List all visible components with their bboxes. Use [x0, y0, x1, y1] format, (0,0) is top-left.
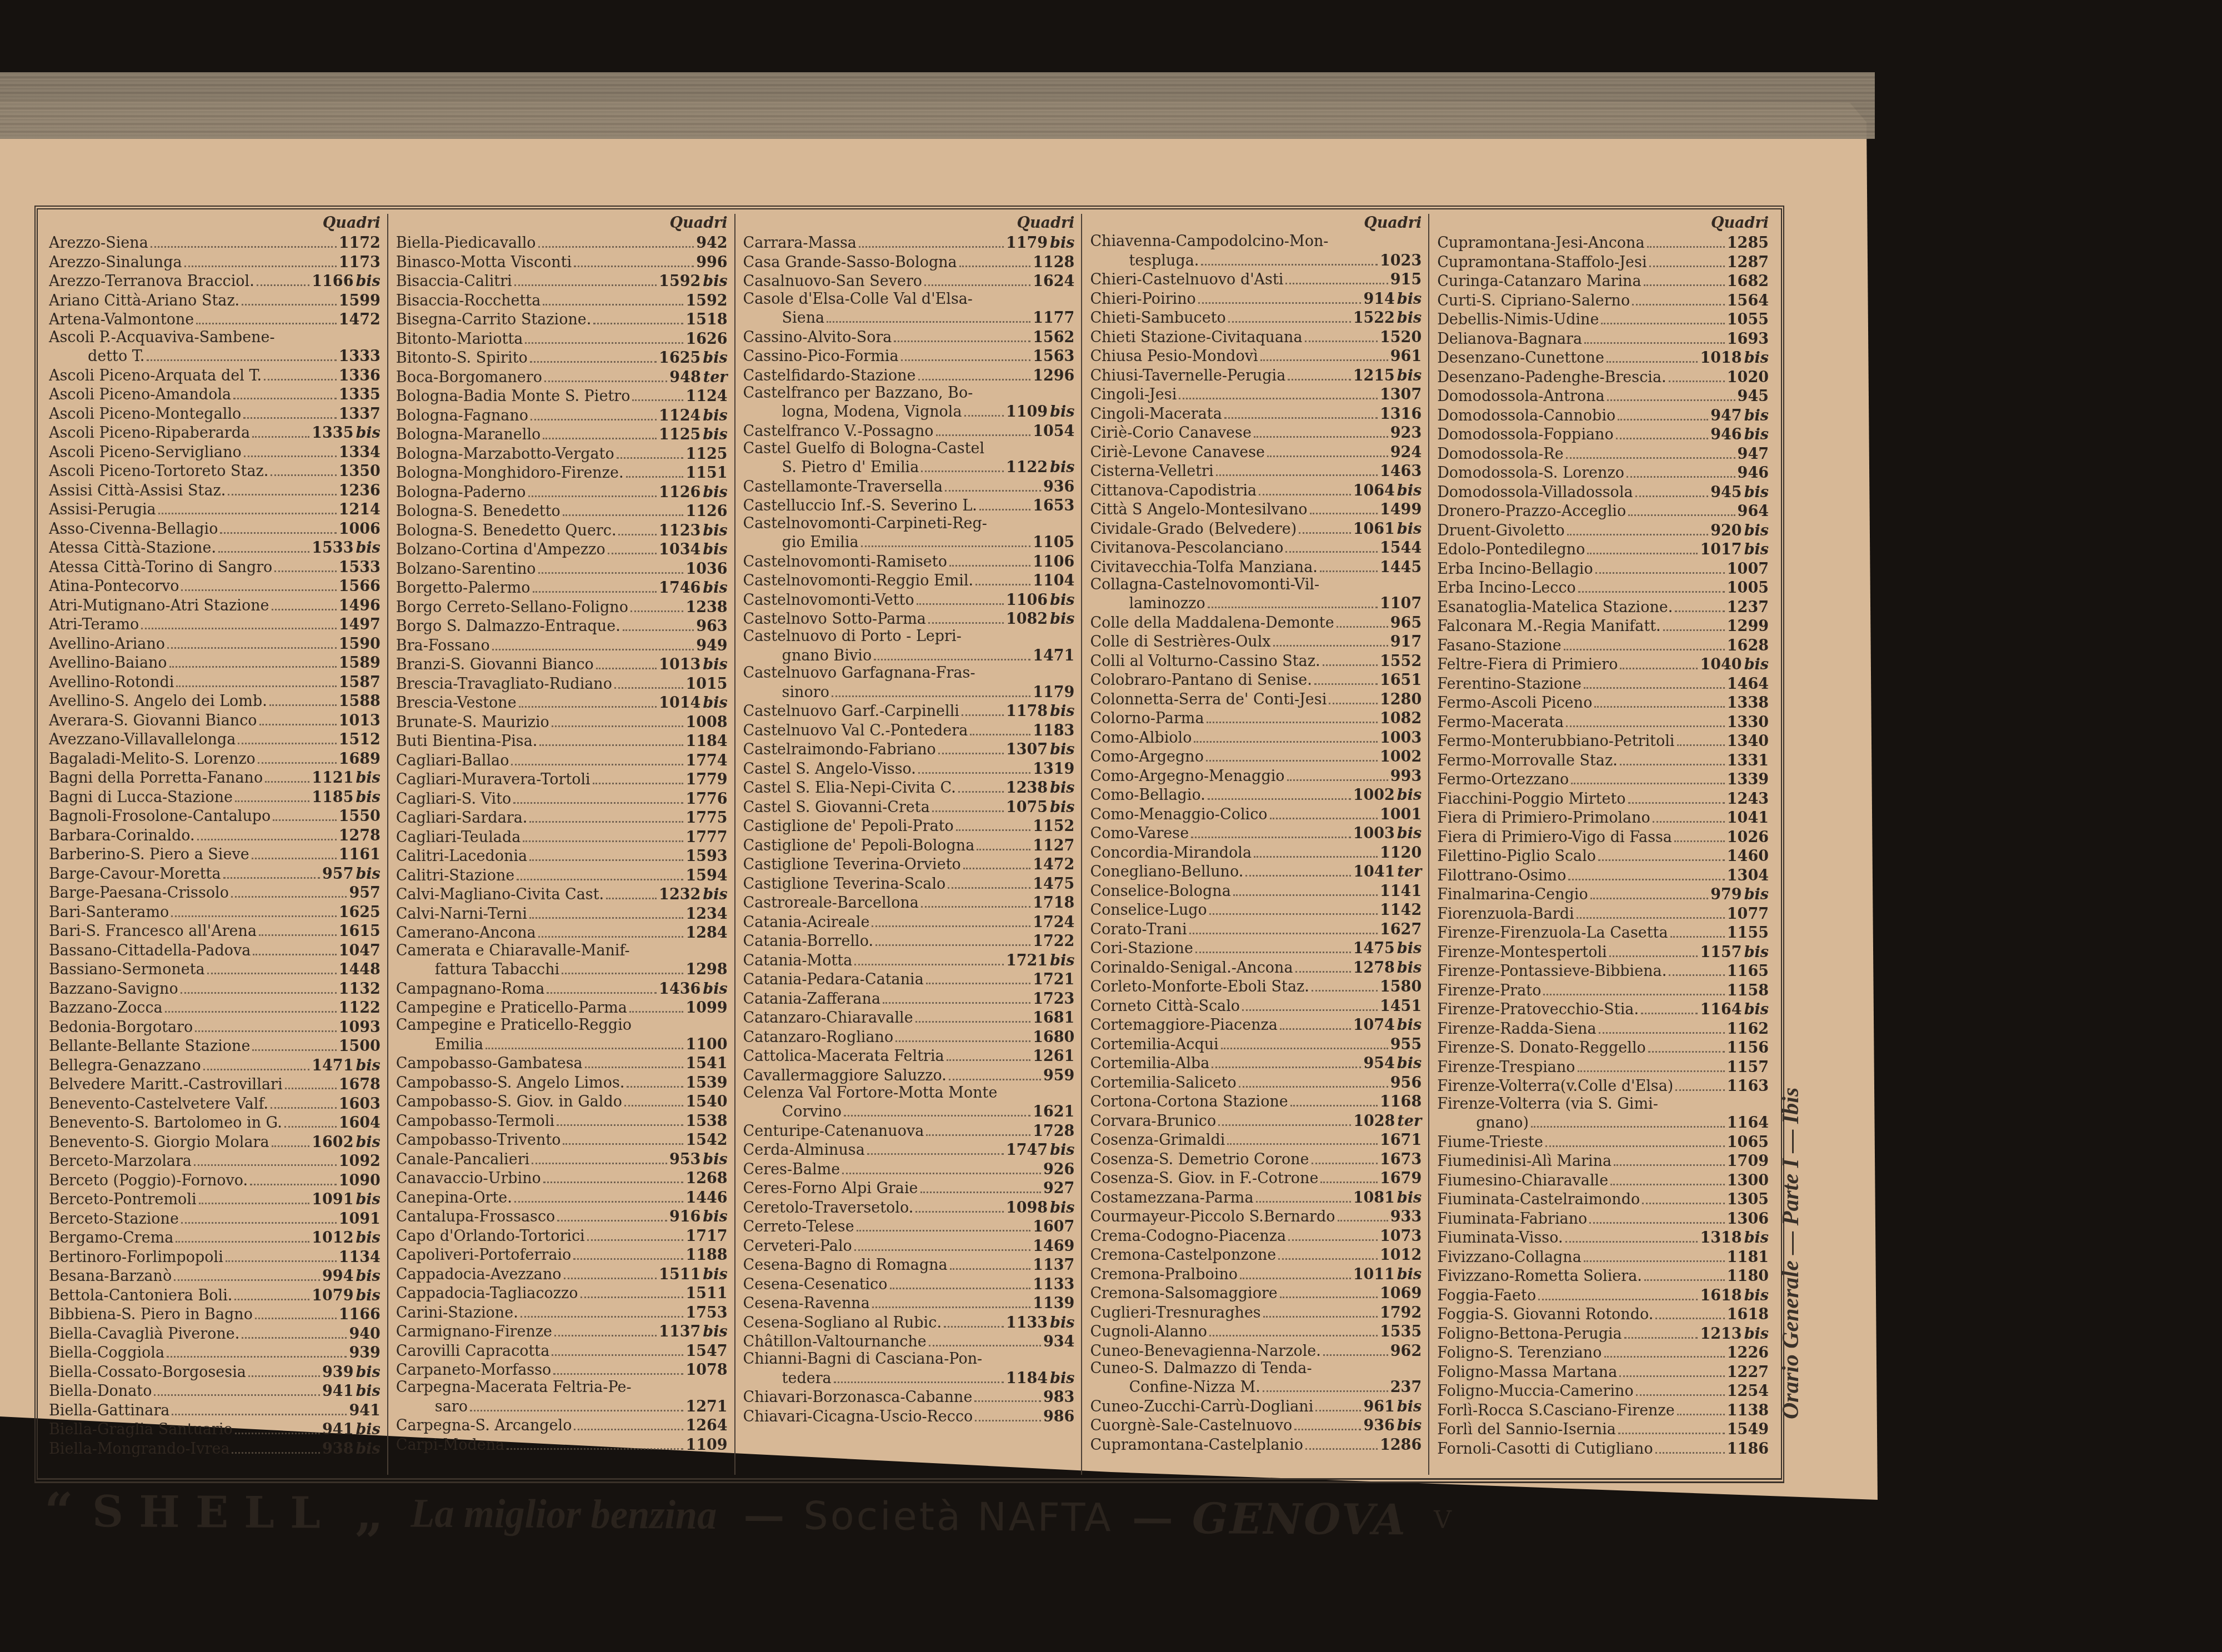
index-entry: Colobraro-Pantano di Senise.1651 [1090, 670, 1422, 689]
table-number-suffix: bis [1744, 484, 1769, 501]
index-entry: Castelnuovo Val C.-Pontedera1183 [743, 720, 1075, 739]
route-name: Concordia-Mirandola [1090, 844, 1252, 862]
table-number-suffix: bis [1050, 1370, 1074, 1387]
table-number: 1132 [339, 980, 381, 998]
leader-dots [924, 271, 1030, 286]
leader-dots [563, 501, 684, 516]
leader-dots [167, 633, 337, 648]
leader-dots [242, 291, 336, 306]
route-name: Bellante-Bellante Stazione [49, 1038, 250, 1055]
route-name: Ascoli Piceno-Arquata del T. [49, 367, 262, 384]
index-entry: Carmignano-Firenze1137bis [396, 1321, 728, 1341]
route-name: Civitanova-Pescolanciano [1090, 539, 1283, 557]
index-entry: Biella-Graglia Santuario941bis [49, 1419, 381, 1439]
route-name: Colobraro-Pantano di Senise. [1090, 672, 1312, 689]
route-name: Cagliari-Muravera-Tortoli [396, 771, 590, 788]
leader-dots [529, 846, 683, 861]
leader-dots [1599, 1019, 1725, 1034]
index-entry: Druent-Givoletto920bis [1437, 520, 1769, 540]
table-number: 1318 [1700, 1229, 1741, 1246]
table-number: 1166 [339, 1306, 381, 1323]
leader-dots [1648, 1038, 1725, 1053]
ad-open-quote: “ [44, 1481, 73, 1540]
table-number: 1592 [659, 273, 700, 290]
table-number-suffix: bis [356, 424, 380, 442]
route-name: Castelnuovo Garfagnana-Fras- [743, 664, 1075, 682]
table-number: 1041 [1727, 809, 1769, 827]
index-entry: Fivizzano-Collagna1181 [1437, 1246, 1769, 1266]
page-number: V [1434, 1505, 1452, 1534]
index-entry: Firenze-Pratovecchio-Stia.1164bis [1437, 999, 1769, 1019]
table-number: 983 [1043, 1389, 1074, 1406]
index-entry: Bra-Fossano949 [396, 635, 728, 655]
leader-dots [1338, 1207, 1388, 1222]
route-name: Bologna-Badia Monte S. Pietro [396, 388, 630, 405]
table-number: 1007 [1727, 560, 1769, 578]
leader-dots [915, 1197, 1004, 1212]
table-number-suffix: bis [1397, 482, 1422, 499]
leader-dots [1278, 1245, 1378, 1260]
index-entry: Chiavenna-Campodolcino-Mon-tespluga.1023 [1090, 233, 1422, 269]
route-name: Colle della Maddalena-Demonte [1090, 614, 1334, 632]
leader-dots [573, 1245, 683, 1260]
index-entry: Capoliveri-Portoferraio1188 [396, 1245, 728, 1264]
table-number: 1152 [1033, 818, 1074, 835]
table-number-suffix: bis [356, 789, 380, 806]
table-number: 1471 [1033, 647, 1074, 664]
table-number: 1091 [312, 1191, 353, 1208]
route-name: Chieri-Castelnuovo d'Asti [1090, 271, 1283, 288]
index-entry: Cupramontana-Castelplanio1286 [1090, 1435, 1422, 1454]
leader-dots [1323, 650, 1378, 665]
table-number: 1138 [1727, 1402, 1769, 1419]
index-entry: Camerata e Chiaravalle-Manif-fattura Tab… [396, 942, 728, 979]
index-entry: Cupramontana-Staffolo-Jesi1287 [1437, 252, 1769, 272]
table-number: 1307 [1380, 386, 1422, 403]
route-name-continuation: Confine-Nizza M. [1129, 1379, 1260, 1396]
index-entry: Campegine e Praticello-Parma1099 [396, 998, 728, 1017]
table-number: 1746 [659, 579, 700, 597]
table-number: 1334 [339, 444, 381, 461]
leader-dots [1609, 942, 1698, 957]
route-name: Castelnuovo di Porto - Lepri- [743, 628, 1075, 645]
table-number: 1003 [1353, 825, 1395, 842]
leader-dots [958, 778, 1004, 793]
index-entry: Bazzano-Zocca1122 [49, 998, 381, 1017]
leader-dots [1670, 923, 1725, 938]
table-number: 1463 [1380, 463, 1422, 480]
table-number-suffix: bis [356, 273, 380, 290]
route-name: Bagaladi-Melito-S. Lorenzo [49, 750, 256, 768]
route-name: Conegliano-Belluno. [1090, 863, 1243, 880]
index-entry: Catania-Pedara-Catania1721 [743, 969, 1075, 989]
table-number: 1023 [1380, 252, 1422, 269]
table-number: 1549 [1727, 1421, 1769, 1438]
route-name: Castel S. Angelo-Visso. [743, 760, 916, 778]
table-number: 1511 [685, 1285, 727, 1302]
leader-dots [1677, 1400, 1725, 1415]
table-number: 1061 [1353, 520, 1395, 538]
table-number: 1307 [1006, 741, 1048, 758]
table-number: 1005 [1727, 579, 1769, 597]
route-name: Avellino-S. Angelo dei Lomb. [49, 693, 267, 710]
table-number: 1123 [659, 522, 700, 539]
index-entry: Celenza Val Fortore-Motta MonteCorvino16… [743, 1084, 1075, 1121]
table-number: 1162 [1727, 1020, 1769, 1038]
route-name: Erba Incino-Lecco [1437, 579, 1576, 597]
index-entry: Bologna-Monghidoro-Firenze.1151 [396, 463, 728, 482]
table-number: 1747 [1006, 1142, 1048, 1159]
leader-dots [630, 597, 684, 612]
table-number: 1236 [339, 482, 381, 499]
table-number: 1166 [312, 273, 353, 290]
route-name: Fivizzano-Rometta Soliera. [1437, 1268, 1642, 1285]
leader-dots [1644, 1266, 1725, 1281]
table-number: 1471 [312, 1057, 353, 1074]
leader-dots [844, 1102, 1030, 1117]
index-entry: Fiumedinisi-Alì Marina1709 [1437, 1151, 1769, 1170]
table-number-suffix: bis [703, 886, 727, 903]
route-name-continuation: gnano Bivio [782, 647, 872, 664]
route-name: Corato-Trani [1090, 921, 1187, 938]
leader-dots [1240, 1264, 1351, 1279]
index-entry: Biella-Donato941bis [49, 1381, 381, 1400]
route-name: Castelfranco per Bazzano, Bo- [743, 384, 1075, 402]
index-entry: Bisaccia-Calitri1592bis [396, 271, 728, 291]
index-entry: Esanatoglia-Matelica Stazione.1237 [1437, 597, 1769, 617]
leader-dots [915, 1008, 1031, 1023]
table-number: 1026 [1727, 829, 1769, 846]
index-entry: Castelnovomonti-Carpineti-Reg-gio Emilia… [743, 515, 1075, 552]
table-number: 1615 [339, 923, 381, 940]
index-entry: Cori-Stazione1475bis [1090, 938, 1422, 958]
table-number: 1098 [1006, 1199, 1048, 1217]
leader-dots [486, 1034, 683, 1049]
route-name: Esanatoglia-Matelica Stazione. [1437, 599, 1673, 616]
table-number-suffix: bis [703, 522, 727, 539]
route-name: Cortemilia-Acqui [1090, 1036, 1218, 1053]
table-number: 1184 [685, 733, 727, 750]
index-entry: Firenze-Pontassieve-Bibbiena.1165 [1437, 961, 1769, 980]
index-entry: Cesena-Sogliano al Rubic.1133bis [743, 1312, 1075, 1331]
route-name: Cagliari-Sardara. [396, 809, 528, 827]
leader-dots [242, 1323, 347, 1338]
leader-dots [470, 1396, 684, 1411]
leader-dots [562, 959, 683, 974]
leader-dots [1299, 518, 1350, 533]
leader-dots [1568, 865, 1724, 880]
index-entry: Bologna-Marzabotto-Vergato1125 [396, 444, 728, 463]
route-name: Cagliari-Ballao [396, 752, 509, 769]
table-number: 1124 [659, 407, 700, 424]
leader-dots [1239, 1072, 1388, 1087]
table-number: 1475 [1033, 875, 1074, 893]
leader-dots [233, 384, 337, 399]
table-number: 1091 [339, 1210, 381, 1228]
table-number: 1013 [339, 712, 381, 729]
table-number: 1075 [1006, 799, 1048, 816]
index-entry: Chianni-Bagni di Casciana-Pon-tedera1184… [743, 1350, 1075, 1387]
index-entry: Cantalupa-Frossasco916bis [396, 1207, 728, 1226]
leader-dots [1195, 938, 1351, 953]
route-name: Cupramontana-Castelplanio [1090, 1436, 1303, 1454]
index-entry: Assisi-Perugia1214 [49, 499, 381, 519]
index-entry: Besana-Barzanò994bis [49, 1266, 381, 1285]
table-number: 1082 [1380, 710, 1422, 727]
table-number: 1141 [1380, 883, 1422, 900]
route-name: Cassino-Alvito-Sora [743, 329, 892, 346]
index-entry: Foggia-S. Giovanni Rotondo.1618 [1437, 1304, 1769, 1324]
table-number: 1512 [339, 731, 381, 748]
route-name: Biella-Coggiola [49, 1344, 164, 1361]
route-name: Fiuminata-Visso. [1437, 1229, 1563, 1246]
table-number: 961 [1390, 348, 1422, 365]
route-name: Chiusi-Tavernelle-Perugia [1090, 367, 1285, 384]
index-entry: Chieti Stazione-Civitaquana1520 [1090, 327, 1422, 346]
table-number: 1041 [1353, 863, 1395, 880]
table-number-suffix: bis [1050, 403, 1074, 420]
table-number: 1104 [1033, 572, 1074, 589]
table-number: 1126 [685, 503, 727, 520]
leader-dots [252, 423, 309, 438]
index-entry: Barberino-S. Piero a Sieve1161 [49, 844, 381, 864]
leader-dots [627, 1072, 683, 1087]
table-number: 1627 [1380, 921, 1422, 938]
index-entry: Castelnovomonti-Vetto1106bis [743, 589, 1075, 609]
index-entry: Belvedere Maritt.-Castrovillari1678 [49, 1074, 381, 1094]
leader-dots [1655, 1438, 1725, 1453]
index-entry: Cerveteri-Palo1469 [743, 1235, 1075, 1255]
leader-dots [1198, 288, 1362, 303]
leader-dots [543, 291, 683, 306]
index-entry: Cagliari-Teulada1777 [396, 827, 728, 847]
route-name: Bettola-Cantoniera Boli. [49, 1287, 232, 1304]
table-number: 1350 [339, 463, 381, 480]
route-name: Ciriè-Levone Canavese [1090, 444, 1265, 461]
table-number: 1679 [1380, 1170, 1422, 1187]
table-number: 1054 [1033, 423, 1074, 440]
table-number: 1213 [1700, 1325, 1741, 1343]
index-entry: Bologna-Paderno1126bis [396, 482, 728, 502]
table-number: 1566 [339, 578, 381, 595]
index-entry: Ascoli Piceno-Ripaberarda1335bis [49, 423, 381, 442]
leader-dots [1610, 1170, 1725, 1185]
index-entry: Barge-Paesana-Crissolo957 [49, 883, 381, 902]
index-entry: Firenze-Montespertoli1157bis [1437, 942, 1769, 962]
route-name: Foligno-Massa Martana [1437, 1364, 1617, 1381]
index-entry: Binasco-Motta Visconti996 [396, 252, 728, 272]
leader-dots [538, 923, 684, 938]
table-number: 1604 [339, 1114, 381, 1132]
index-entry: Fiacchini-Poggio Mirteto1243 [1437, 789, 1769, 808]
route-name: Bologna-S. Benedetto [396, 503, 560, 520]
leader-dots [511, 750, 683, 765]
index-entry: Cugnoli-Alanno1535 [1090, 1321, 1422, 1341]
route-name: Filottrano-Osimo [1437, 867, 1566, 884]
index-table: QuadriArezzo-Siena1172Arezzo-Sinalunga11… [34, 206, 1784, 1483]
leader-dots [243, 403, 336, 418]
route-name: Campobasso-Gambatesa [396, 1055, 583, 1072]
index-column: QuadriCupramontana-Jesi-Ancona1285Cupram… [1428, 214, 1775, 1475]
leader-dots [525, 329, 683, 344]
index-entry: Bedonia-Borgotaro1093 [49, 1017, 381, 1036]
table-number: 1721 [1033, 971, 1074, 988]
route-name: Averara-S. Giovanni Bianco [49, 712, 257, 729]
table-number: 1127 [1033, 837, 1074, 854]
index-entry: Cremona-Salsomaggiore1069 [1090, 1283, 1422, 1303]
route-name: Chiusa Pesio-Mondovì [1090, 348, 1258, 365]
table-number-suffix: ter [703, 369, 728, 386]
route-name: Fornoli-Casotti di Cutigliano [1437, 1440, 1653, 1458]
route-name: Arezzo-Siena [49, 234, 148, 252]
table-number-suffix: bis [1397, 1055, 1422, 1072]
route-name: Firenze-Montespertoli [1437, 944, 1607, 961]
leader-dots [947, 1046, 1031, 1061]
table-number: 1179 [1006, 234, 1048, 252]
index-entry: Calitri-Lacedonia1593 [396, 846, 728, 865]
route-name: Cantalupa-Frossasco [396, 1208, 555, 1225]
table-number-suffix: bis [1397, 1266, 1422, 1283]
table-number: 1011 [1353, 1266, 1395, 1283]
leader-dots [154, 1381, 320, 1396]
index-entry: Catania-Acireale1724 [743, 912, 1075, 931]
index-entry: Bagni della Porretta-Fanano1121bis [49, 768, 381, 787]
table-number: 946 [1710, 426, 1741, 443]
table-number: 1448 [339, 961, 381, 978]
index-entry: Cremona-Pralboino1011bis [1090, 1264, 1422, 1283]
leader-dots [532, 1149, 667, 1164]
route-name: Falconara M.-Regia Manifatt. [1437, 618, 1660, 635]
index-entry: Cuorgnè-Sale-Castelnuovo936bis [1090, 1415, 1422, 1435]
route-name-continuation: tespluga. [1129, 252, 1199, 269]
route-name: Fiera di Primiero-Vigo di Fassa [1437, 829, 1672, 846]
leader-dots [1675, 597, 1724, 612]
table-number-suffix: bis [1744, 349, 1769, 367]
leader-dots [974, 1387, 1041, 1402]
table-number: 1792 [1380, 1304, 1422, 1321]
route-name: Firenze-S. Donato-Reggello [1437, 1039, 1646, 1057]
leader-dots [867, 1140, 1004, 1155]
page-stack-edges [0, 72, 1875, 139]
route-name: Carpi-Modena [396, 1436, 504, 1454]
index-entry: Avellino-Baiano1589 [49, 653, 381, 672]
table-number: 993 [1390, 768, 1422, 785]
route-name: Ciriè-Corio Canavese [1090, 424, 1252, 442]
route-name: Cremona-Pralboino [1090, 1266, 1238, 1283]
table-number: 1036 [685, 560, 727, 578]
table-number: 1139 [1033, 1295, 1074, 1312]
table-number: 1109 [685, 1436, 727, 1454]
index-entry: Carpaneto-Morfasso1078 [396, 1360, 728, 1379]
leader-dots [235, 1419, 320, 1434]
index-entry: Bari-S. Francesco all'Arena1615 [49, 921, 381, 940]
leader-dots [529, 904, 684, 919]
index-entry: Calvi-Narni-Terni1234 [396, 904, 728, 923]
table-number-suffix: bis [1050, 610, 1074, 628]
table-number-suffix: ter [1397, 1113, 1422, 1130]
table-number: 1082 [1006, 610, 1048, 628]
index-entry: Cividale-Grado (Belvedere)1061bis [1090, 518, 1422, 538]
route-name: Campobasso-S. Angelo Limos. [396, 1074, 625, 1092]
table-number: 941 [349, 1402, 380, 1419]
route-name: Cagliari-Teulada [396, 829, 521, 846]
leader-dots [492, 635, 694, 650]
index-entry: Corvara-Brunico1028ter [1090, 1110, 1422, 1130]
table-number: 941 [322, 1383, 353, 1400]
table-number-suffix: bis [1397, 1417, 1422, 1434]
table-number: 1133 [1033, 1276, 1074, 1293]
leader-dots [554, 1321, 657, 1336]
leader-dots [827, 308, 1030, 323]
index-entry: Ascoli Piceno-Montegallo1337 [49, 403, 381, 423]
route-name: Foligno-Bettona-Perugia [1437, 1325, 1622, 1343]
leader-dots [273, 806, 336, 821]
index-entry: Conselice-Lugo1142 [1090, 900, 1422, 919]
table-number: 1496 [339, 597, 381, 614]
route-name: Carmignano-Firenze [396, 1323, 552, 1340]
leader-dots [174, 1266, 320, 1281]
leader-dots [918, 758, 1030, 773]
table-number: 1552 [1380, 653, 1422, 670]
route-name: Cuorgnè-Sale-Castelnuovo [1090, 1417, 1292, 1434]
table-number-suffix: bis [356, 1229, 380, 1246]
leader-dots [1305, 327, 1378, 342]
index-entry: Cattolica-Macerata Feltria1261 [743, 1046, 1075, 1065]
leader-dots [1287, 765, 1388, 780]
route-name: Domodossola-Villadossola [1437, 484, 1633, 501]
route-name: Crema-Codogno-Piacenza [1090, 1228, 1286, 1245]
index-entry: Falconara M.-Regia Manifatt.1299 [1437, 616, 1769, 635]
route-name: Fiorenzuola-Bardi [1437, 905, 1574, 923]
leader-dots [1566, 444, 1735, 459]
route-name: Castelraimondo-Fabriano [743, 741, 936, 758]
index-entry: Biella-Gattinara941 [49, 1400, 381, 1419]
index-entry: Cagliari-Sardara.1775 [396, 808, 728, 827]
route-name: Barge-Paesana-Crissolo [49, 884, 229, 902]
index-entry: Cortemaggiore-Piacenza1074bis [1090, 1015, 1422, 1034]
leader-dots [1263, 1377, 1388, 1392]
route-name: Castroreale-Barcellona [743, 894, 919, 912]
table-number: 1164 [1727, 1114, 1769, 1132]
index-entry: Civitanova-Pescolanciano1544 [1090, 538, 1422, 557]
route-name: Carpaneto-Morfasso [396, 1361, 552, 1379]
table-number: 946 [1738, 464, 1769, 482]
table-number: 1134 [339, 1249, 381, 1266]
route-name-continuation: tedera [782, 1370, 832, 1387]
table-number: 1339 [1727, 771, 1769, 788]
leader-dots [1642, 1189, 1725, 1204]
table-number: 1300 [1727, 1172, 1769, 1189]
index-entry: Debellis-Nimis-Udine1055 [1437, 309, 1769, 329]
route-name: Cappadocia-Avezzano [396, 1266, 562, 1283]
table-number: 1215 [1353, 367, 1395, 384]
table-number: 1287 [1727, 254, 1769, 271]
table-number: 1093 [339, 1019, 381, 1036]
table-number: 1226 [1727, 1344, 1769, 1361]
index-entry: Forlì-Rocca S.Casciano-Firenze1138 [1437, 1400, 1769, 1419]
leader-dots [1614, 1151, 1725, 1166]
table-number: 1238 [1006, 779, 1048, 797]
route-name: Cisterna-Velletri [1090, 463, 1213, 480]
index-entry: Cappadocia-Tagliacozzo1511 [396, 1283, 728, 1303]
index-entry: Bassiano-Sermoneta1448 [49, 959, 381, 979]
table-number-suffix: bis [1744, 944, 1769, 961]
leader-dots [1201, 250, 1378, 265]
table-number: 1137 [659, 1323, 700, 1340]
leader-dots [874, 645, 1030, 660]
leader-dots [1589, 1208, 1725, 1223]
table-number-suffix: bis [703, 1208, 727, 1225]
